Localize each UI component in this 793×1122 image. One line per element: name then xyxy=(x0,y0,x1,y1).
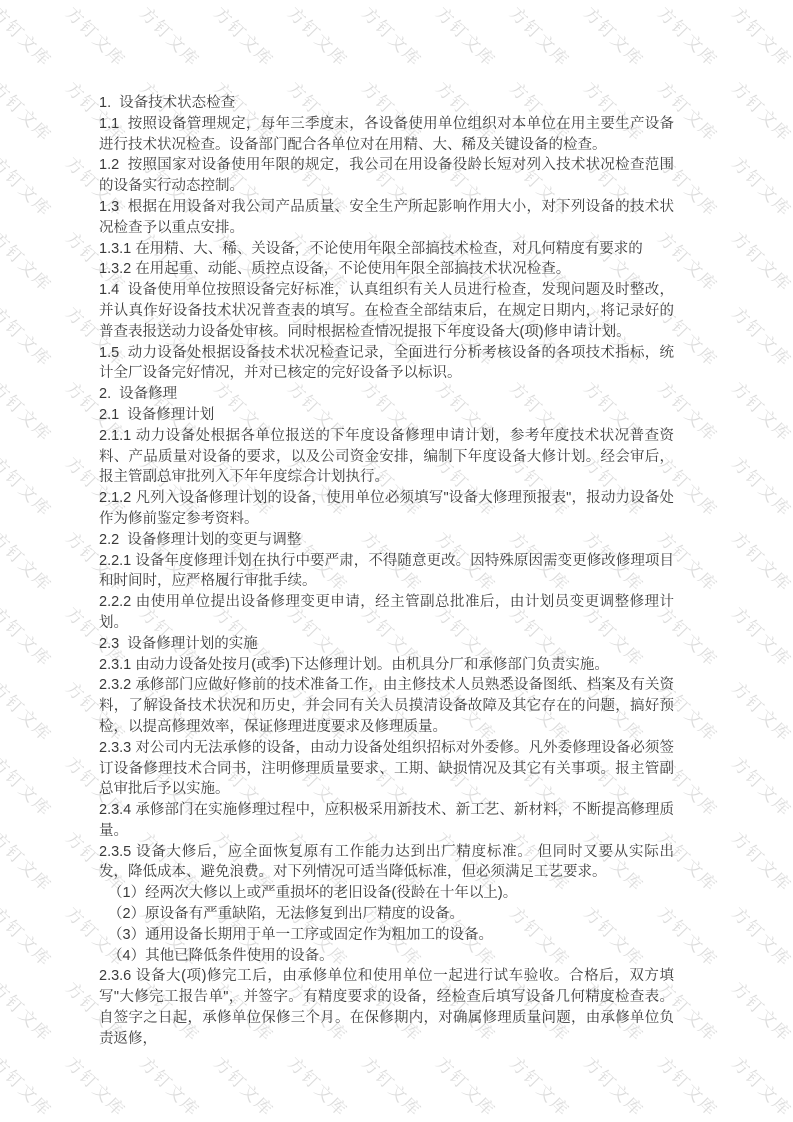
paragraph: （4）其他已降低条件使用的设备。 xyxy=(99,946,674,967)
paragraph: 1.4 设备使用单位按照设备完好标准，认真组织有关人员进行检查，发现问题及时整改… xyxy=(99,280,674,342)
watermark-text: 方钉文库 xyxy=(0,675,59,746)
watermark-text: 方钉文库 xyxy=(0,825,59,896)
watermark-text: 方钉文库 xyxy=(209,1050,280,1121)
paragraph: 1.1 按照设备管理规定，每年三季度末，各设备使用单位组织对本单位在用主要生产设… xyxy=(99,114,674,156)
paragraph: 1.3.2 在用起重、动能、质控点设备，不论使用年限全部搞技术状况检查。 xyxy=(99,259,674,280)
document-content: 1. 设备技术状态检查1.1 按照设备管理规定，每年三季度末，各设备使用单位组织… xyxy=(99,93,674,1050)
paragraph: 2.3.1 由动力设备处按月(或季)下达修理计划。由机具分厂和承修部门负责实施。 xyxy=(99,655,674,676)
watermark-text: 方钉文库 xyxy=(727,150,793,221)
watermark-text: 方钉文库 xyxy=(0,375,59,446)
watermark-text: 方钉文库 xyxy=(0,0,59,71)
watermark-text: 方钉文库 xyxy=(727,525,793,596)
paragraph: 2.1 设备修理计划 xyxy=(99,405,674,426)
paragraph: （3）通用设备长期用于单一工序或固定作为粗加工的设备。 xyxy=(99,925,674,946)
watermark-text: 方钉文库 xyxy=(0,150,59,221)
watermark-text: 方钉文库 xyxy=(727,975,793,1046)
watermark-text: 方钉文库 xyxy=(0,1050,59,1121)
paragraph: 2.2 设备修理计划的变更与调整 xyxy=(99,530,674,551)
watermark-text: 方钉文库 xyxy=(0,975,59,1046)
watermark-text: 方钉文库 xyxy=(61,1050,132,1121)
paragraph: 2. 设备修理 xyxy=(99,384,674,405)
watermark-text: 方钉文库 xyxy=(0,600,59,671)
paragraph: 1.3.1 在用精、大、稀、关设备，不论使用年限全部搞技术检查，对几何精度有要求… xyxy=(99,239,674,260)
watermark-text: 方钉文库 xyxy=(0,900,59,971)
paragraph: （1）经两次大修以上或严重损坏的老旧设备(役龄在十年以上)。 xyxy=(99,883,674,904)
watermark-text: 方钉文库 xyxy=(283,0,354,71)
watermark-text: 方钉文库 xyxy=(727,675,793,746)
watermark-text: 方钉文库 xyxy=(0,225,59,296)
paragraph: 1.5 动力设备处根据设备技术状况检查记录，全面进行分析考核设备的各项技术指标，… xyxy=(99,343,674,385)
watermark-text: 方钉文库 xyxy=(579,0,650,71)
paragraph: 2.3.3 对公司内无法承修的设备，由动力设备处组织招标对外委修。凡外委修理设备… xyxy=(99,738,674,800)
watermark-text: 方钉文库 xyxy=(505,1050,576,1121)
watermark-text: 方钉文库 xyxy=(357,1050,428,1121)
paragraph: 2.2.2 由使用单位提出设备修理变更申请，经主管副总批准后，由计划员变更调整修… xyxy=(99,592,674,634)
watermark-text: 方钉文库 xyxy=(727,0,793,71)
paragraph: 2.3.6 设备大(项)修完工后，由承修单位和使用单位一起进行试车验收。合格后，… xyxy=(99,966,674,1049)
paragraph: （2）原设备有严重缺陷，无法修复到出厂精度的设备。 xyxy=(99,904,674,925)
watermark-text: 方钉文库 xyxy=(431,1050,502,1121)
paragraph: 2.3.5 设备大修后，应全面恢复原有工作能力达到出厂精度标准。 但同时又要从实… xyxy=(99,842,674,884)
paragraph: 2.1.2 凡列入设备修理计划的设备，使用单位必须填写"设备大修理预报表"，报动… xyxy=(99,488,674,530)
watermark-text: 方钉文库 xyxy=(0,450,59,521)
watermark-text: 方钉文库 xyxy=(727,1050,793,1121)
document-page: 方钉文库方钉文库方钉文库方钉文库方钉文库方钉文库方钉文库方钉文库方钉文库方钉文库… xyxy=(0,0,793,1122)
watermark-text: 方钉文库 xyxy=(579,1050,650,1121)
paragraph: 2.1.1 动力设备处根据各单位报送的下年度设备修理申请计划，参考年度技术状况普… xyxy=(99,426,674,488)
watermark-text: 方钉文库 xyxy=(727,750,793,821)
watermark-text: 方钉文库 xyxy=(727,375,793,446)
watermark-text: 方钉文库 xyxy=(727,75,793,146)
watermark-text: 方钉文库 xyxy=(431,0,502,71)
paragraph: 2.3 设备修理计划的实施 xyxy=(99,634,674,655)
watermark-text: 方钉文库 xyxy=(653,1050,724,1121)
watermark-text: 方钉文库 xyxy=(727,225,793,296)
watermark-text: 方钉文库 xyxy=(0,525,59,596)
watermark-text: 方钉文库 xyxy=(727,300,793,371)
paragraph: 2.3.2 承修部门应做好修前的技术准备工作，由主修技术人员熟悉设备图纸、档案及… xyxy=(99,675,674,737)
watermark-text: 方钉文库 xyxy=(0,750,59,821)
watermark-text: 方钉文库 xyxy=(0,75,59,146)
watermark-text: 方钉文库 xyxy=(727,900,793,971)
watermark-text: 方钉文库 xyxy=(727,600,793,671)
watermark-text: 方钉文库 xyxy=(653,0,724,71)
watermark-text: 方钉文库 xyxy=(727,825,793,896)
watermark-text: 方钉文库 xyxy=(0,300,59,371)
watermark-text: 方钉文库 xyxy=(283,1050,354,1121)
paragraph: 1. 设备技术状态检查 xyxy=(99,93,674,114)
watermark-text: 方钉文库 xyxy=(357,0,428,71)
paragraph: 2.2.1 设备年度修理计划在执行中要严肃，不得随意更改。因特殊原因需变更修改修… xyxy=(99,551,674,593)
watermark-text: 方钉文库 xyxy=(505,0,576,71)
watermark-text: 方钉文库 xyxy=(209,0,280,71)
watermark-text: 方钉文库 xyxy=(61,0,132,71)
watermark-text: 方钉文库 xyxy=(135,0,206,71)
paragraph: 1.2 按照国家对设备使用年限的规定，我公司在用设备役龄长短对列入技术状况检查范… xyxy=(99,155,674,197)
paragraph: 1.3 根据在用设备对我公司产品质量、安全生产所起影响作用大小，对下列设备的技术… xyxy=(99,197,674,239)
watermark-text: 方钉文库 xyxy=(727,450,793,521)
paragraph: 2.3.4 承修部门在实施修理过程中，应积极采用新技术、新工艺、新材料，不断提高… xyxy=(99,800,674,842)
watermark-text: 方钉文库 xyxy=(135,1050,206,1121)
